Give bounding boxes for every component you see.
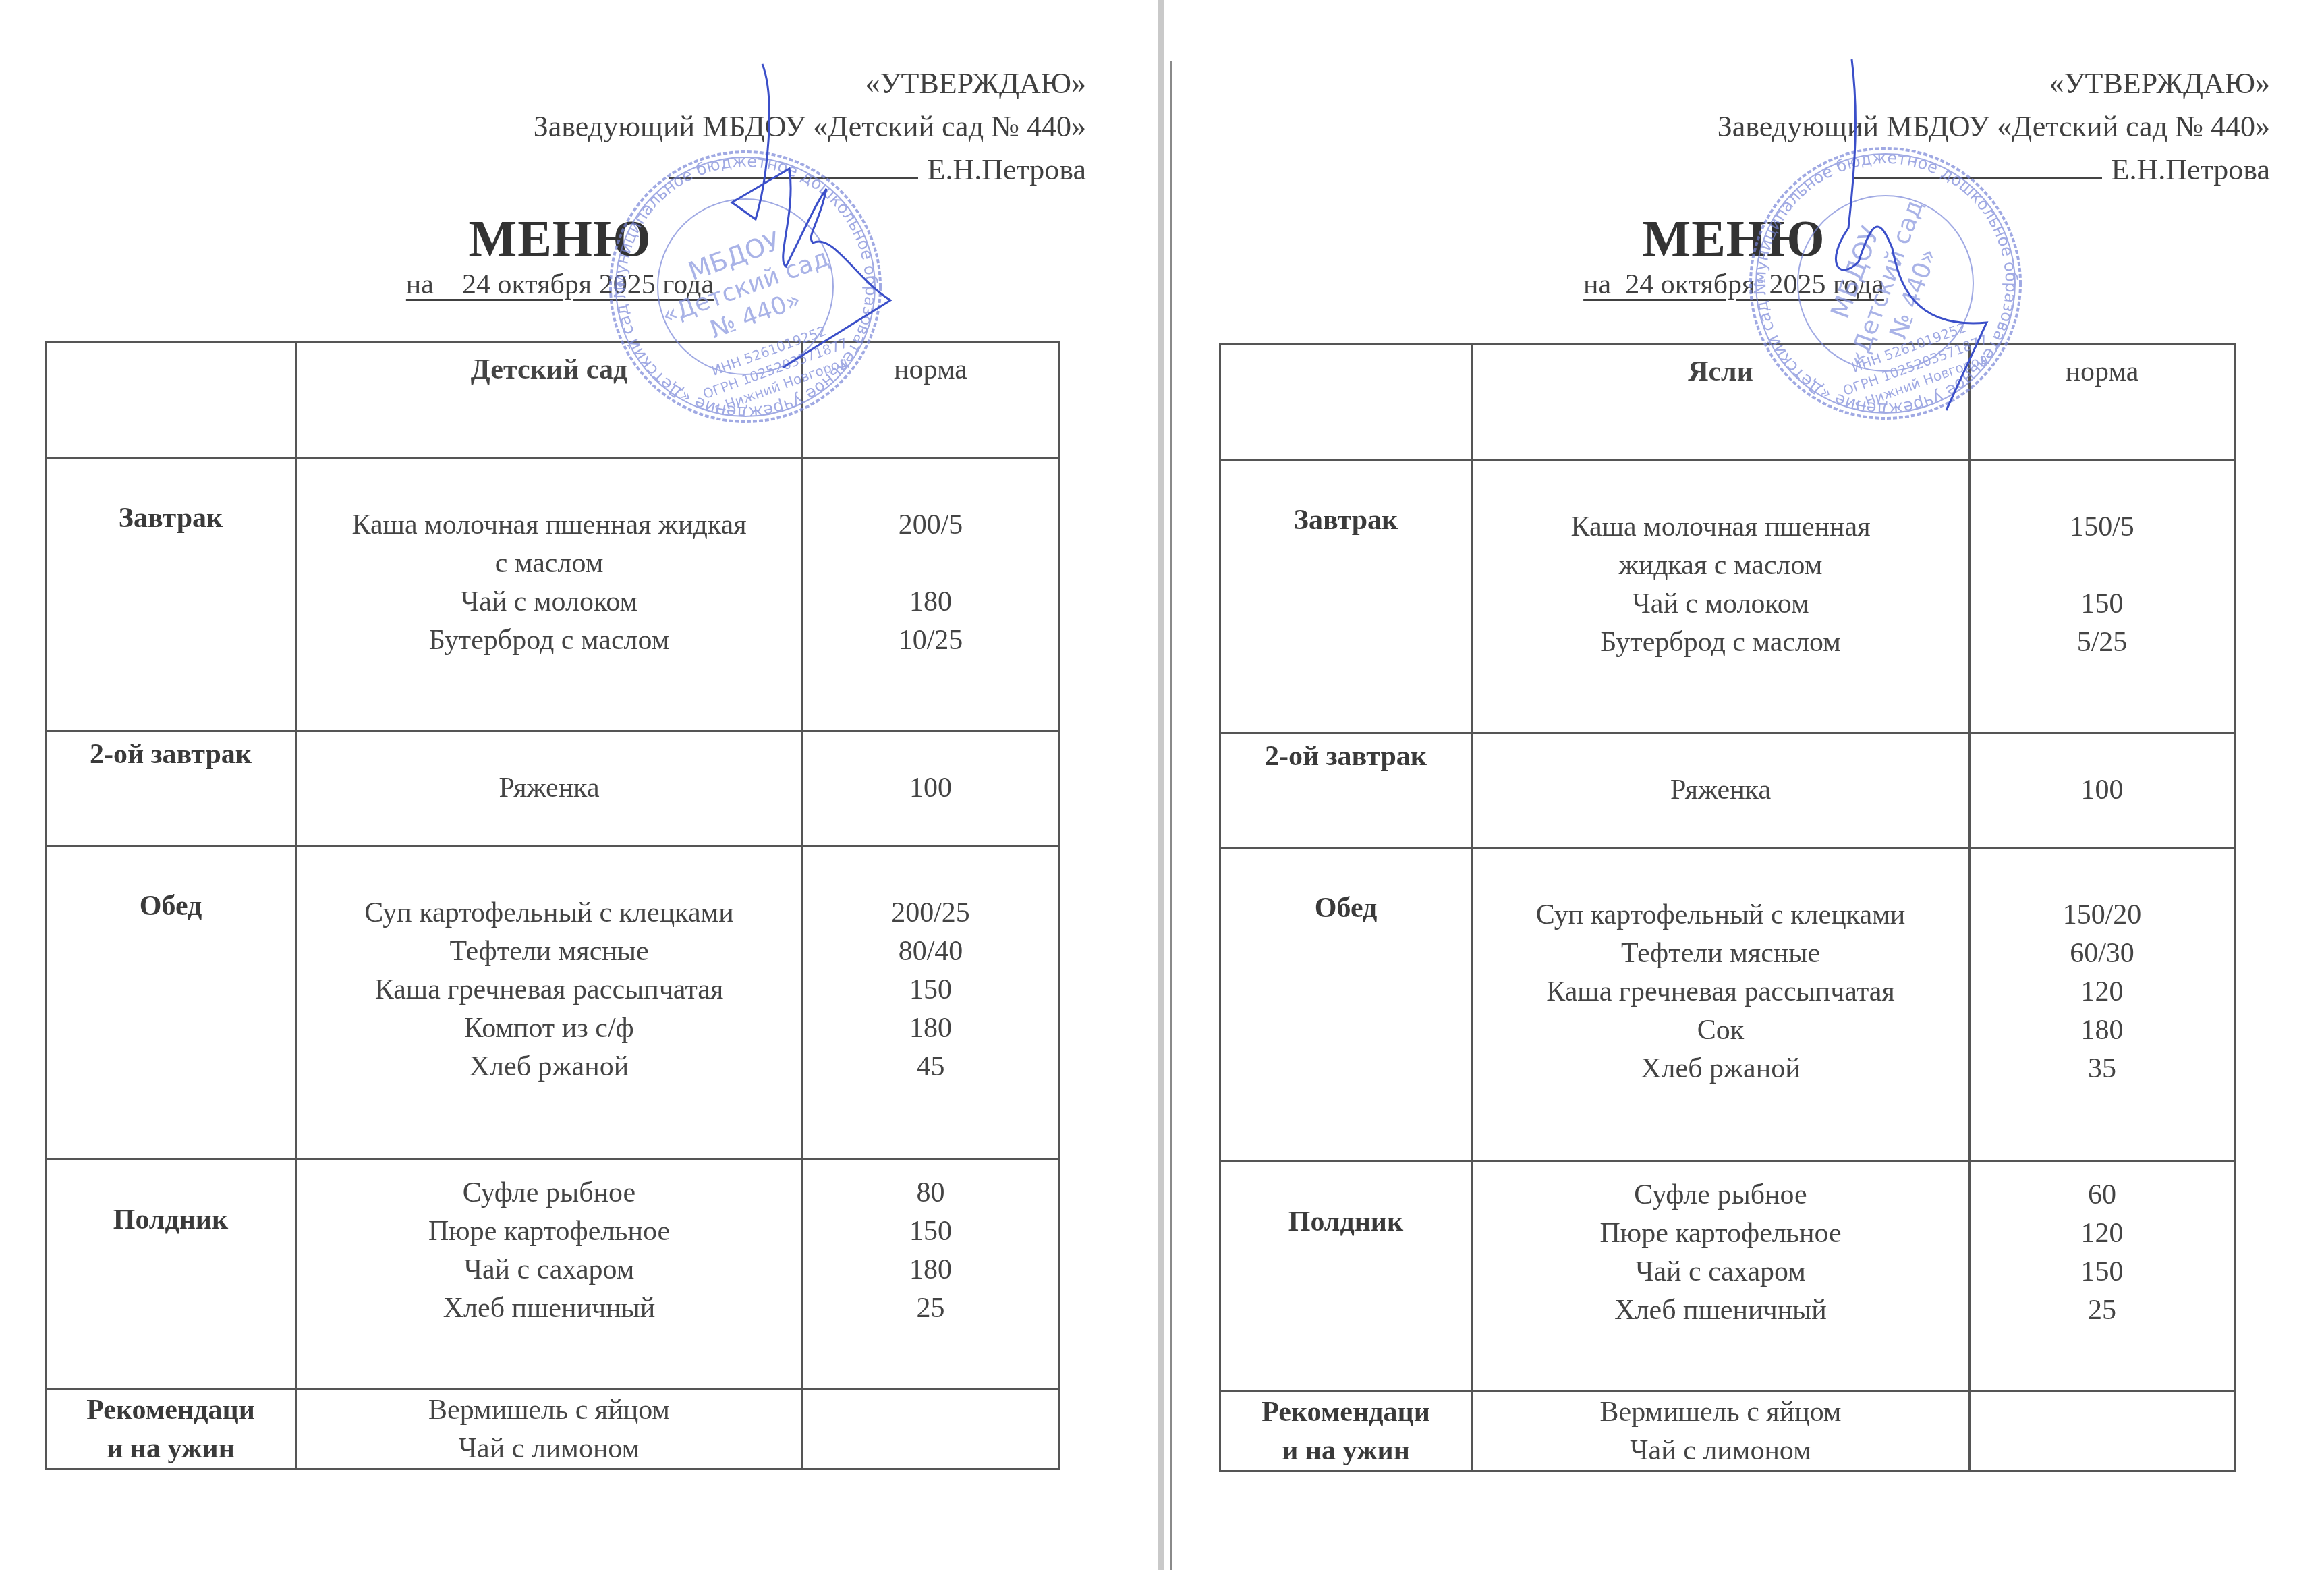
table-row: Полдник Суфле рыбноеПюре картофельноеЧай…	[46, 1160, 1059, 1389]
cell-line: Хлеб пшеничный	[1473, 1291, 1968, 1330]
cell-line: Чай с лимоном	[297, 1430, 801, 1468]
portion-list: 100	[803, 731, 1059, 846]
page-edge-line	[1170, 61, 1172, 1570]
cell-line: 45	[803, 1048, 1058, 1086]
cell-line: 150/20	[1971, 896, 2234, 934]
header-norm-cell: норма	[1970, 344, 2235, 460]
cell-line: 60/30	[1971, 934, 2234, 973]
meal-name: Рекомендации на ужин	[1220, 1391, 1472, 1471]
page-title: МЕНЮ	[364, 211, 756, 267]
signature-line	[669, 171, 918, 179]
menu-page-kindergarten: «УТВЕРЖДАЮ» Заведующий МБДОУ «Детский са…	[0, 0, 1160, 1570]
dish-list: Каша молочная пшеннаяжидкая с масломЧай …	[1472, 460, 1970, 733]
cell-line: 10/25	[803, 621, 1058, 660]
menu-date: на 24 октября 2025 года	[1545, 267, 1923, 302]
cell-line: Чай с молоком	[297, 583, 801, 621]
cell-line: Тефтели мясные	[297, 932, 801, 971]
portion-list	[803, 1389, 1059, 1469]
cell-line: 80	[803, 1174, 1058, 1212]
table-row: Рекомендации на ужин Вермишель с яйцомЧа…	[1220, 1391, 2235, 1471]
dish-list: Суфле рыбноеПюре картофельноеЧай с сахар…	[1472, 1162, 1970, 1391]
table-header-row: Детский сад норма	[46, 342, 1059, 458]
approval-position: Заведующий МБДОУ «Детский сад № 440»	[1718, 105, 2270, 148]
table-row: Полдник Суфле рыбноеПюре картофельноеЧай…	[1220, 1162, 2235, 1391]
cell-line: 180	[803, 1251, 1058, 1289]
cell-line: и на ужин	[1221, 1432, 1471, 1470]
cell-line: 150	[1971, 1253, 2234, 1291]
cell-line: 180	[1971, 1011, 2234, 1050]
portion-list: 150/2060/3012018035	[1970, 848, 2235, 1162]
cell-line: Рекомендаци	[1221, 1393, 1471, 1432]
dish-list: Вермишель с яйцомЧай с лимоном	[1472, 1391, 1970, 1471]
cell-line: Хлеб ржаной	[297, 1048, 801, 1086]
meal-name: 2-ой завтрак	[1220, 733, 1472, 848]
table-row: Завтрак Каша молочная пшеннаяжидкая с ма…	[1220, 460, 2235, 733]
cell-line: Компот из с/ф	[297, 1009, 801, 1048]
cell-line: Ряженка	[297, 769, 801, 808]
cell-line: Чай с молоком	[1473, 585, 1968, 623]
meal-name: Завтрак	[1220, 460, 1472, 733]
portion-list: 200/518010/25	[803, 458, 1059, 731]
cell-line: 25	[803, 1289, 1058, 1328]
dish-list: Ряженка	[296, 731, 803, 846]
cell-line: Чай с сахаром	[297, 1251, 801, 1289]
approval-heading: «УТВЕРЖДАЮ»	[534, 62, 1086, 105]
cell-line: Каша молочная пшенная	[1473, 508, 1968, 546]
meal-name: Полдник	[46, 1160, 296, 1389]
cell-line: Каша гречневая рассыпчатая	[1473, 973, 1968, 1011]
menu-table: Ясли норма Завтрак Каша молочная пшенная…	[1219, 343, 2236, 1472]
meal-name: 2-ой завтрак	[46, 731, 296, 846]
menu-date: на 24 октября 2025 года	[364, 267, 756, 302]
cell-line: 150	[1971, 585, 2234, 623]
header-norm-cell: норма	[803, 342, 1059, 458]
cell-line: Чай с сахаром	[1473, 1253, 1968, 1291]
cell-line: Суп картофельный с клецками	[297, 894, 801, 932]
meal-name: Рекомендации на ужин	[46, 1389, 296, 1469]
cell-line: Каша молочная пшенная жидкая	[297, 506, 801, 544]
table-header-row: Ясли норма	[1220, 344, 2235, 460]
portion-list: 8015018025	[803, 1160, 1059, 1389]
portion-list: 200/2580/4015018045	[803, 846, 1059, 1160]
title-block: МЕНЮ на 24 октября 2025 года	[1545, 211, 1923, 302]
dish-list: Ряженка	[1472, 733, 1970, 848]
signature-line	[1852, 171, 2102, 179]
table-row: Обед Суп картофельный с клецкамиТефтели …	[1220, 848, 2235, 1162]
cell-line: Сок	[1473, 1011, 1968, 1050]
cell-line: 100	[803, 769, 1058, 808]
cell-line: жидкая с маслом	[1473, 546, 1968, 585]
page-title: МЕНЮ	[1545, 211, 1923, 267]
cell-line: 200/5	[803, 506, 1058, 544]
menu-page-nursery: «УТВЕРЖДАЮ» Заведующий МБДОУ «Детский са…	[1174, 0, 2324, 1570]
header-group-cell: Детский сад	[296, 342, 803, 458]
cell-line: 150	[803, 1212, 1058, 1251]
cell-line: 5/25	[1971, 623, 2234, 662]
header-group-cell: Ясли	[1472, 344, 1970, 460]
cell-line: Рекомендаци	[47, 1391, 295, 1430]
cell-line	[1971, 546, 2234, 585]
table-row: Завтрак Каша молочная пшенная жидкаяс ма…	[46, 458, 1059, 731]
cell-line: Бутерброд с маслом	[1473, 623, 1968, 662]
portion-list: 100	[1970, 733, 2235, 848]
cell-line: Суп картофельный с клецками	[1473, 896, 1968, 934]
dish-list: Суп картофельный с клецкамиТефтели мясны…	[1472, 848, 1970, 1162]
cell-line: 60	[1971, 1176, 2234, 1214]
cell-line: Чай с лимоном	[1473, 1432, 1968, 1470]
cell-line: 180	[803, 1009, 1058, 1048]
signature-row: Е.Н.Петрова	[1718, 148, 2270, 192]
cell-line: 25	[1971, 1291, 2234, 1330]
cell-line: 150	[803, 971, 1058, 1009]
signature-row: Е.Н.Петрова	[534, 148, 1086, 192]
dish-list: Каша молочная пшенная жидкаяс масломЧай …	[296, 458, 803, 731]
approval-position: Заведующий МБДОУ «Детский сад № 440»	[534, 105, 1086, 148]
table-row: 2-ой завтрак Ряженка 100	[1220, 733, 2235, 848]
cell-line: 80/40	[803, 932, 1058, 971]
dish-list: Суфле рыбноеПюре картофельноеЧай с сахар…	[296, 1160, 803, 1389]
cell-line: и на ужин	[47, 1430, 295, 1468]
approval-signatory: Е.Н.Петрова	[928, 153, 1086, 186]
menu-table: Детский сад норма Завтрак Каша молочная …	[45, 341, 1060, 1470]
cell-line: Суфле рыбное	[297, 1174, 801, 1212]
table-row: Рекомендации на ужин Вермишель с яйцомЧа…	[46, 1389, 1059, 1469]
cell-line: Хлеб пшеничный	[297, 1289, 801, 1328]
cell-line: 100	[1971, 771, 2234, 810]
cell-line: 35	[1971, 1050, 2234, 1088]
cell-line	[803, 544, 1058, 583]
cell-line: 150/5	[1971, 508, 2234, 546]
approval-heading: «УТВЕРЖДАЮ»	[1718, 62, 2270, 105]
cell-line: Вермишель с яйцом	[297, 1391, 801, 1430]
dish-list: Суп картофельный с клецкамиТефтели мясны…	[296, 846, 803, 1160]
header-meal-cell	[46, 342, 296, 458]
portion-list	[1970, 1391, 2235, 1471]
table-row: 2-ой завтрак Ряженка 100	[46, 731, 1059, 846]
cell-line: Бутерброд с маслом	[297, 621, 801, 660]
meal-name: Обед	[1220, 848, 1472, 1162]
header-meal-cell	[1220, 344, 1472, 460]
cell-line: 120	[1971, 973, 2234, 1011]
cell-line: с маслом	[297, 544, 801, 583]
title-block: МЕНЮ на 24 октября 2025 года	[364, 211, 756, 302]
meal-name: Полдник	[1220, 1162, 1472, 1391]
cell-line: Каша гречневая рассыпчатая	[297, 971, 801, 1009]
cell-line: Вермишель с яйцом	[1473, 1393, 1968, 1432]
portion-list: 150/51505/25	[1970, 460, 2235, 733]
approval-block: «УТВЕРЖДАЮ» Заведующий МБДОУ «Детский са…	[1718, 62, 2270, 192]
cell-line: Пюре картофельное	[1473, 1214, 1968, 1253]
meal-name: Обед	[46, 846, 296, 1160]
cell-line: Ряженка	[1473, 771, 1968, 810]
meal-name: Завтрак	[46, 458, 296, 731]
approval-block: «УТВЕРЖДАЮ» Заведующий МБДОУ «Детский са…	[534, 62, 1086, 192]
cell-line: 200/25	[803, 894, 1058, 932]
approval-signatory: Е.Н.Петрова	[2112, 153, 2270, 186]
portion-list: 6012015025	[1970, 1162, 2235, 1391]
cell-line: Хлеб ржаной	[1473, 1050, 1968, 1088]
cell-line: Пюре картофельное	[297, 1212, 801, 1251]
dish-list: Вермишель с яйцомЧай с лимоном	[296, 1389, 803, 1469]
table-row: Обед Суп картофельный с клецкамиТефтели …	[46, 846, 1059, 1160]
cell-line: 120	[1971, 1214, 2234, 1253]
cell-line: 180	[803, 583, 1058, 621]
cell-line: Тефтели мясные	[1473, 934, 1968, 973]
cell-line: Суфле рыбное	[1473, 1176, 1968, 1214]
